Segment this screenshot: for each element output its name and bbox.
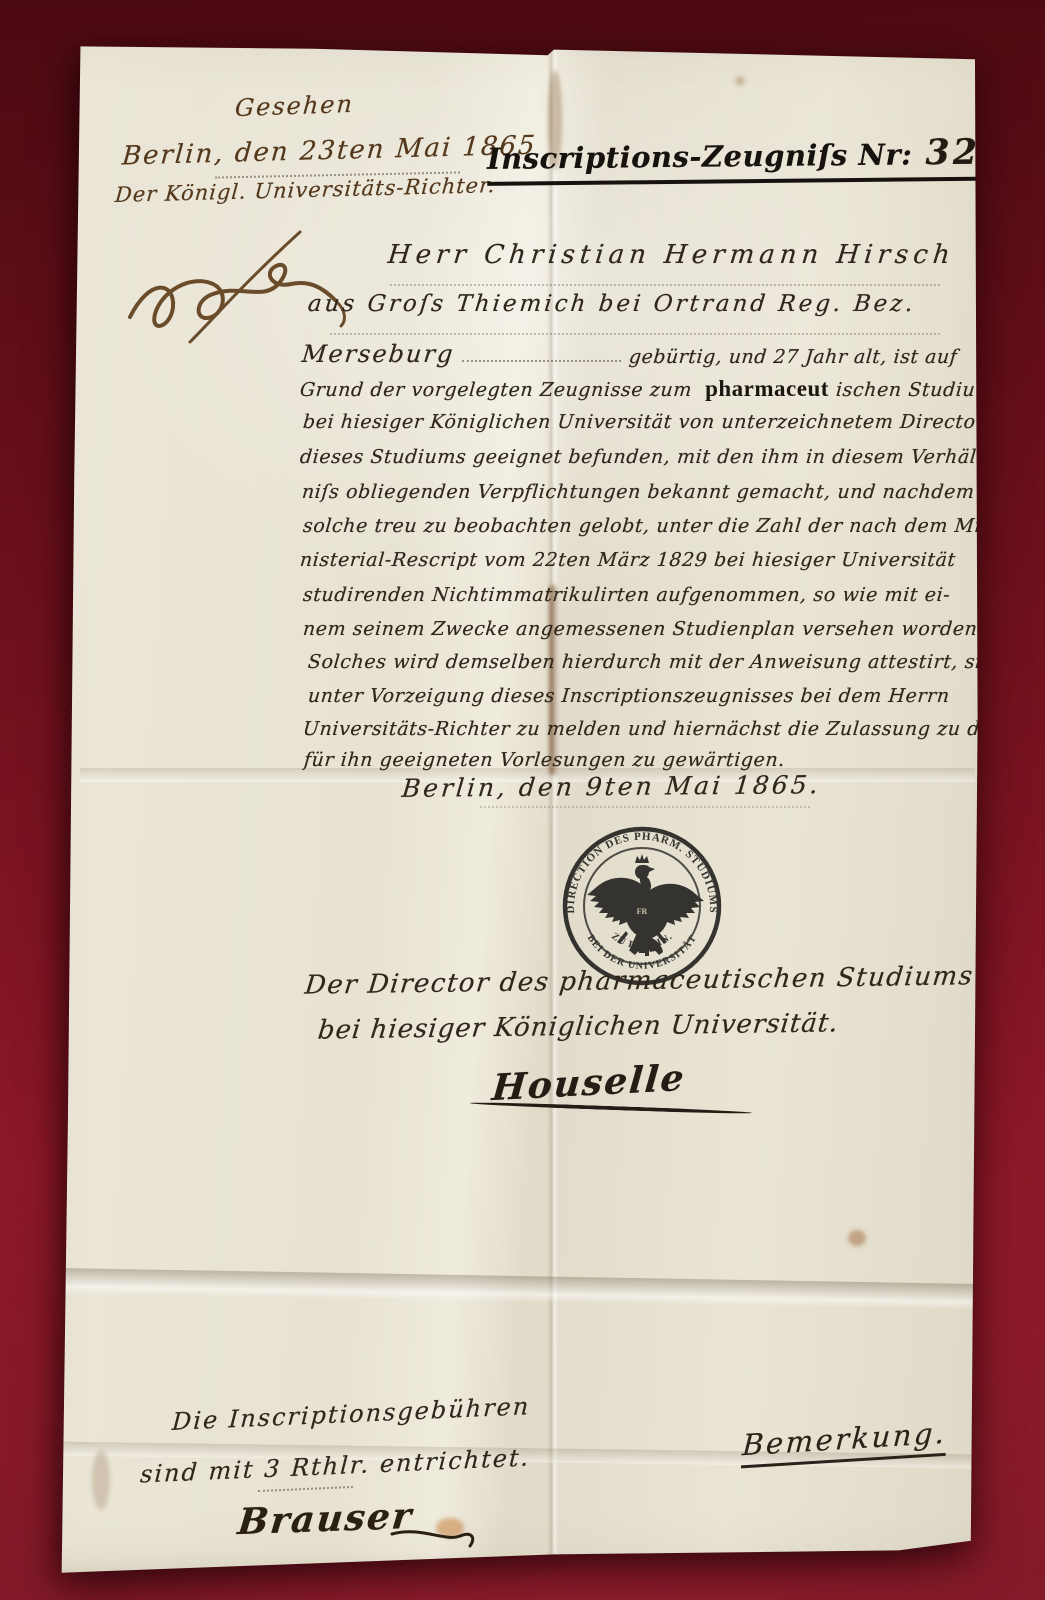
paper-edge-shading xyxy=(0,0,1045,1600)
photo-background: Gesehen Berlin, den 23ten Mai 1865 Der K… xyxy=(0,0,1045,1600)
document-paper: Gesehen Berlin, den 23ten Mai 1865 Der K… xyxy=(0,0,1045,1600)
paper-shadow-wrap: Gesehen Berlin, den 23ten Mai 1865 Der K… xyxy=(0,0,1045,1600)
